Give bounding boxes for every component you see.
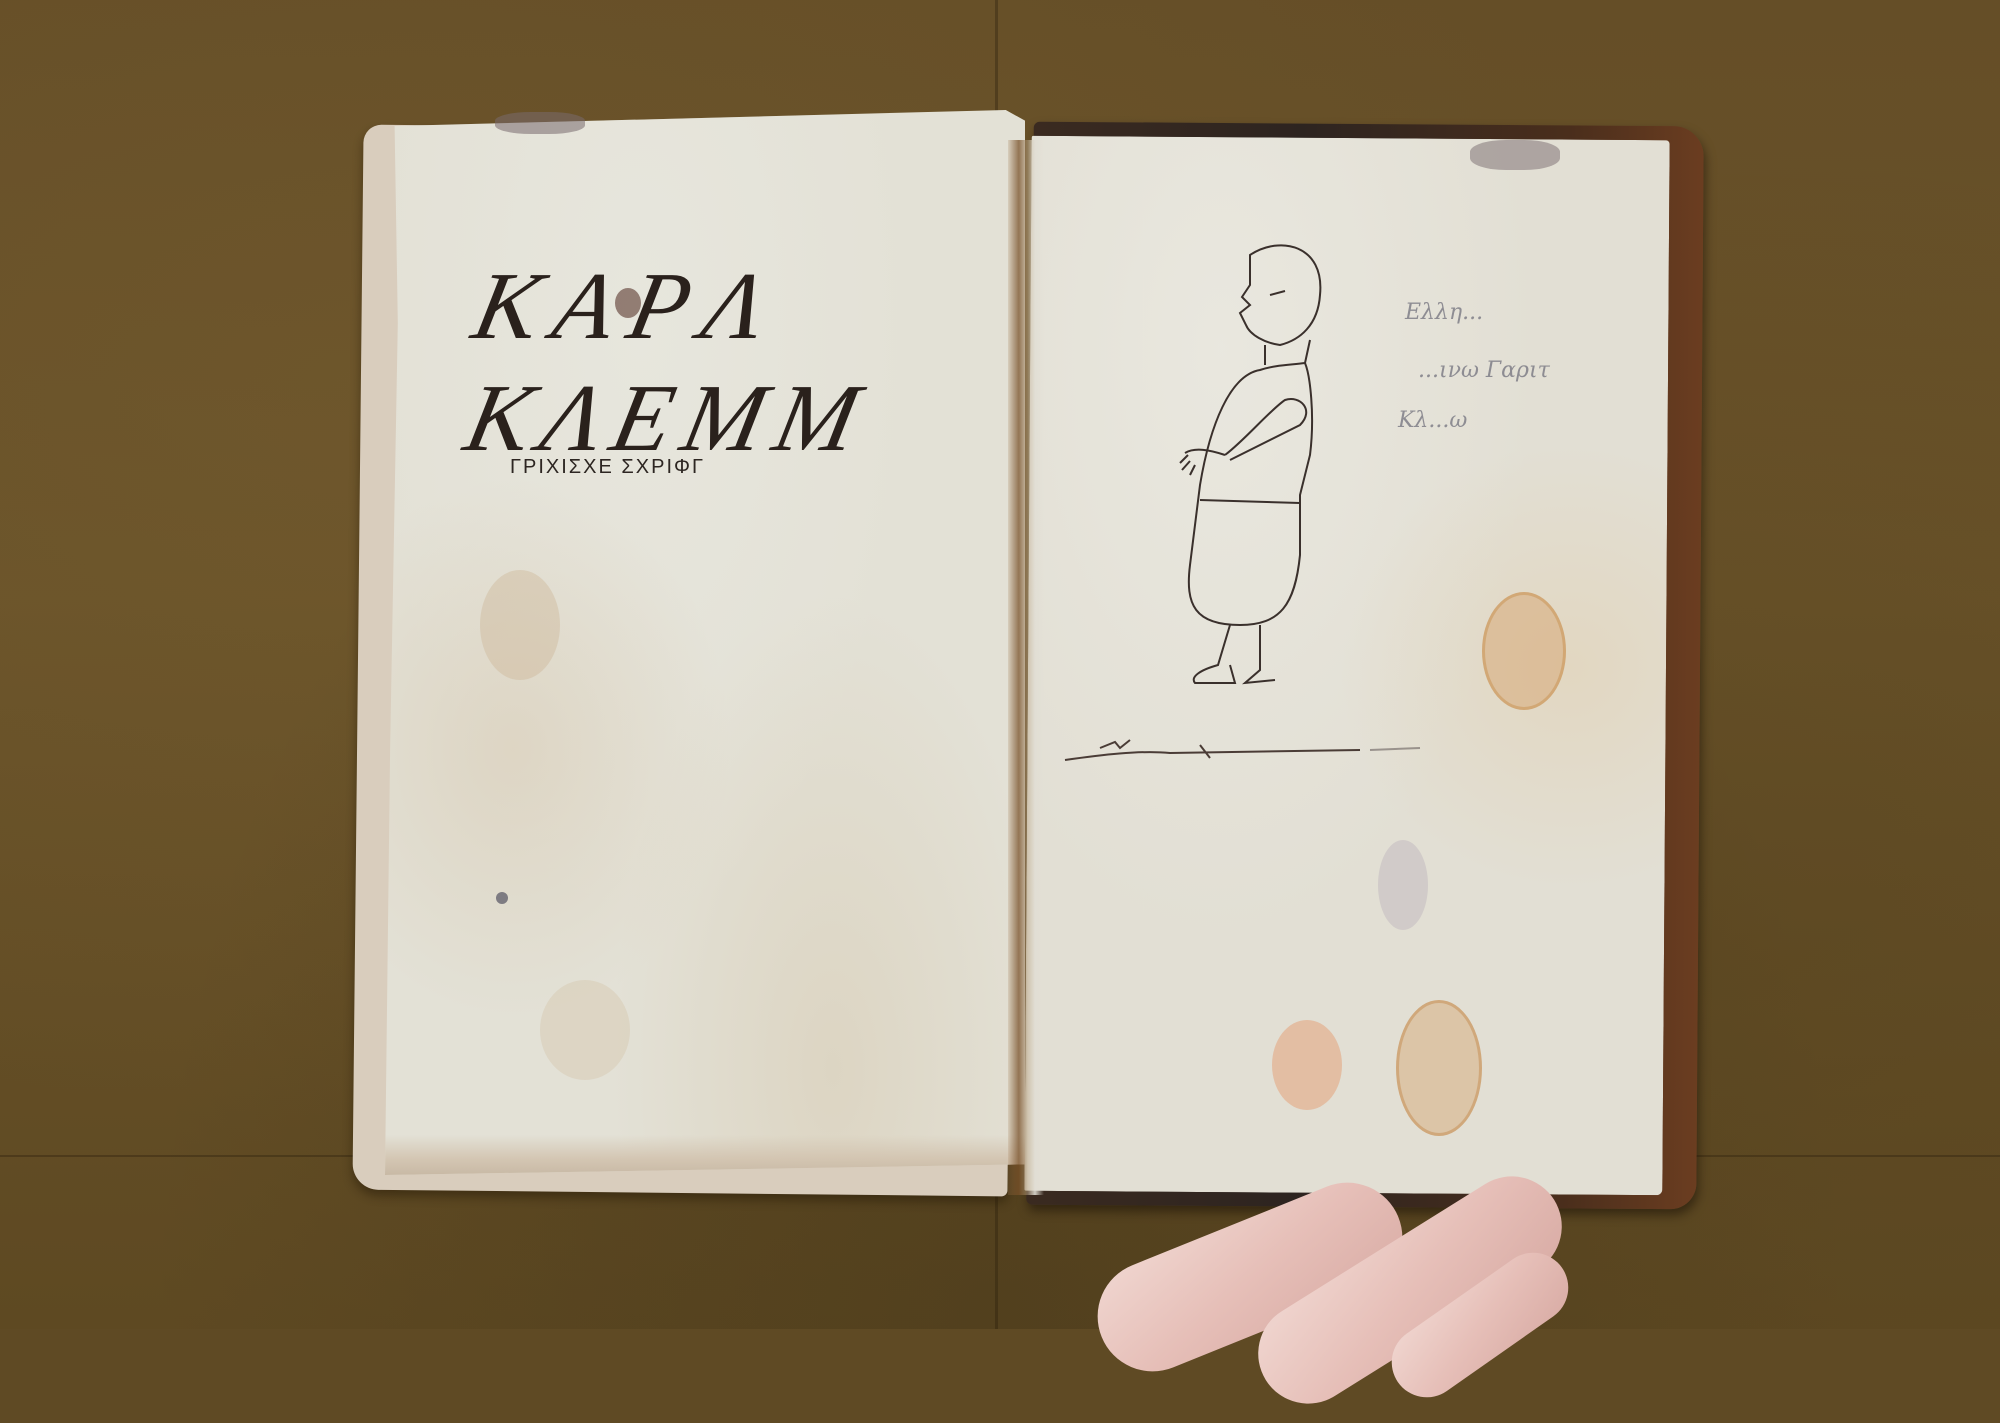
faint-stain-right xyxy=(1378,840,1428,930)
water-stain-left xyxy=(480,570,560,680)
foxing-stain-bottom-tan xyxy=(1396,1000,1482,1136)
handwritten-subtitle: ΓPIXIΣXE ΣXPIΦΓ xyxy=(510,456,705,479)
pencil-note-line-2: ...ινω Γαριτ xyxy=(1418,358,1550,383)
foxing-stain-bottom-orange xyxy=(1272,1020,1342,1110)
water-stain-left-bottom xyxy=(540,980,630,1080)
figure-drawing xyxy=(1100,225,1360,695)
book-gutter xyxy=(1008,140,1044,1195)
ink-blot-top-right xyxy=(1470,140,1560,170)
foxing-stain-right xyxy=(1482,592,1566,710)
handwritten-title-line-1: KAPΛ xyxy=(464,250,791,361)
pencil-note-line-3: Κλ...ω xyxy=(1398,408,1467,433)
signature-scribble xyxy=(1060,720,1500,770)
ink-blot-top xyxy=(495,112,585,134)
pencil-note-line-1: Ελλη... xyxy=(1405,300,1483,325)
ink-spot-small xyxy=(496,892,508,904)
